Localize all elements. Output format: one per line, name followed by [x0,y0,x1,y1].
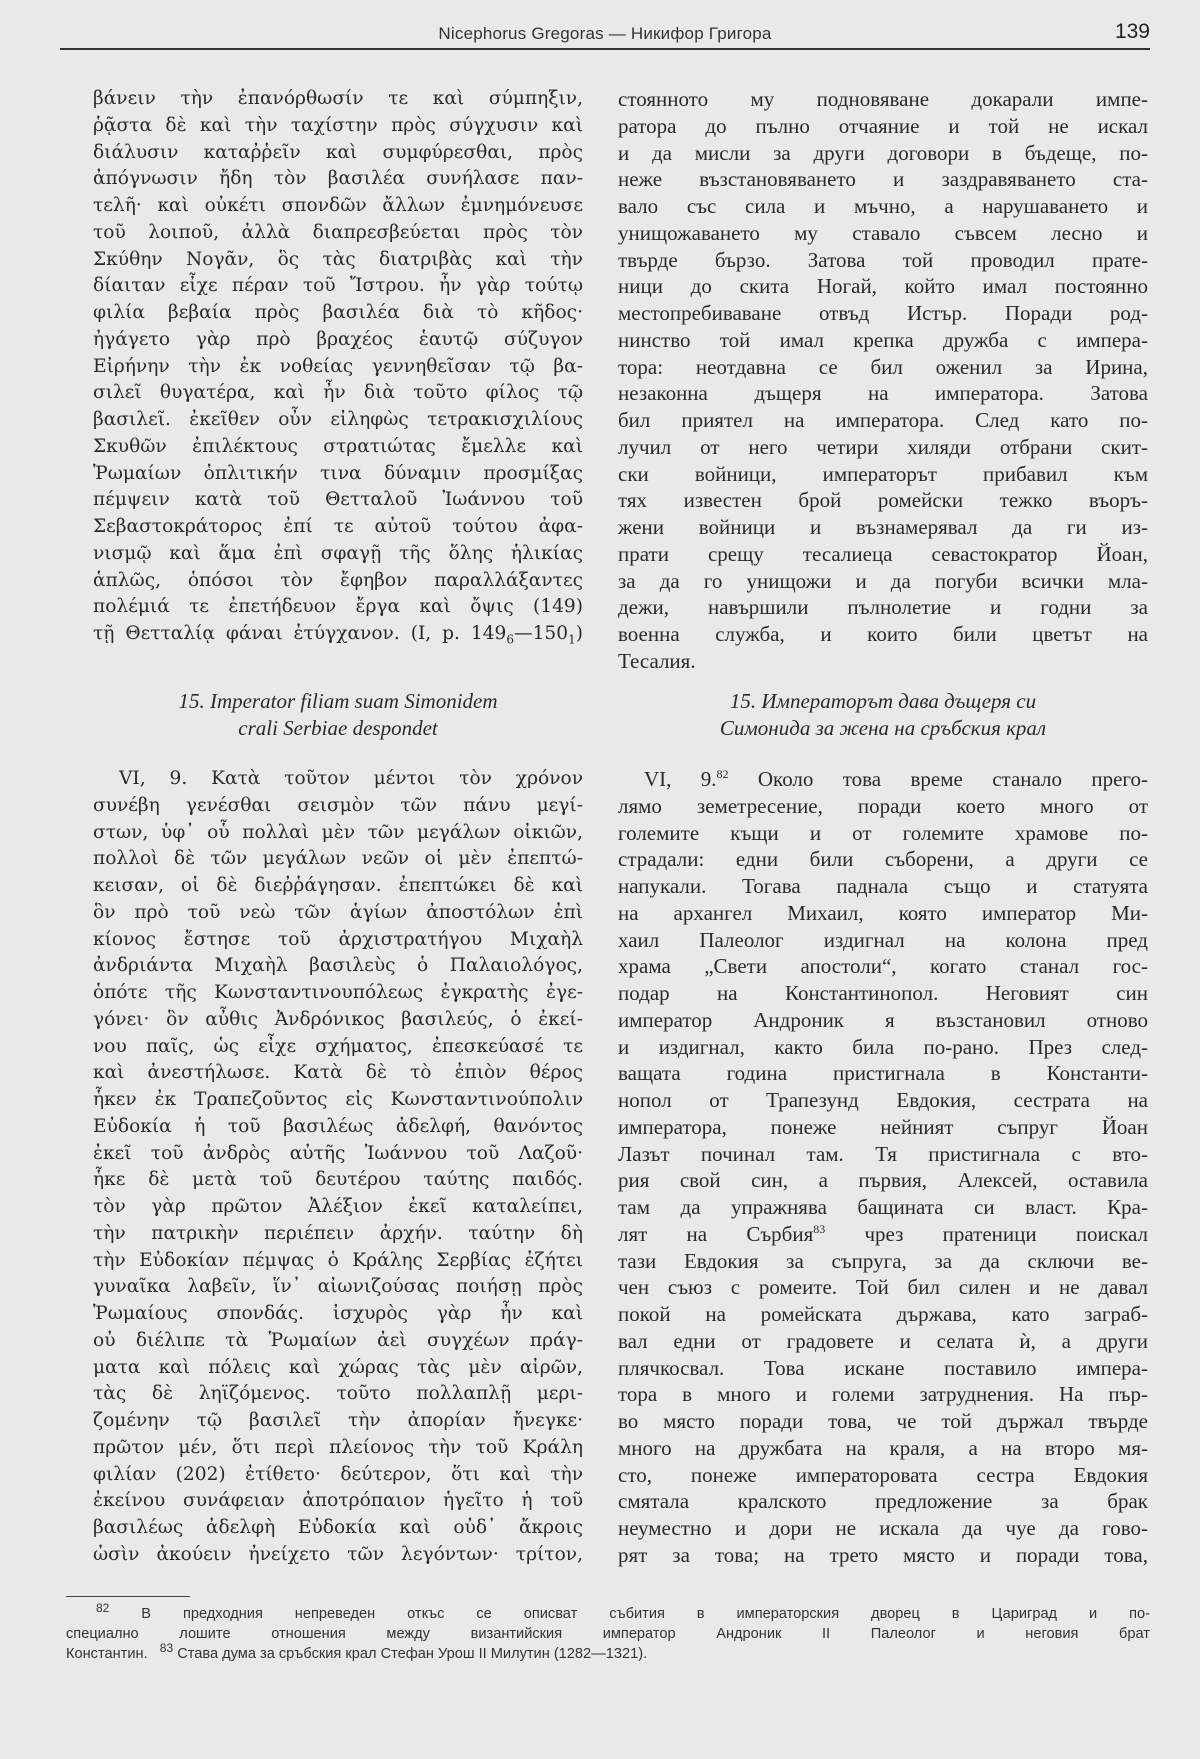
text-line: во място поради това, че той държал твър… [618,1408,1148,1435]
text-line: βάνειν τὴν ἐπανόρθωσίν τε καὶ σύμπηξιν, [93,86,583,113]
text-line: императора, понеже нейният съпруг Йоан [618,1114,1148,1141]
text-line: ζομένην τῷ βασιλεῖ τὴν ἀπορίαν ἤνεγκε· [93,1408,583,1435]
greek-paragraph-1: βάνειν τὴν ἐπανόρθωσίν τε καὶ σύμπηξιν,ῥ… [93,86,583,648]
text-line: ῥᾷστα δὲ καὶ τὴν ταχίστην πρὸς σύγχυσιν … [93,113,583,140]
text-line: βασιλέως ἀδελφὴ Εὐδοκία καὶ οὐδ᾽ ἄκροις [93,1515,583,1542]
greek-section-15: 15. Imperator filiam suam Simonidem cral… [93,688,583,1569]
text-line: твърде бързо. Затова той проводил прате- [618,247,1148,274]
text-line: император Андроник я възстановил отново [618,1007,1148,1034]
text-line: ἐκείνου συνάφειαν ἀποτρόπαιον ἡγεῖτο ἡ τ… [93,1488,583,1515]
text-line: лят на Сърбия83 чрез пратеници поискал [618,1221,1148,1248]
text-line: незаконна дъщеря на императора. Затова [618,380,1148,407]
text-line: чен съюз с ромеите. Той бил силен и не д… [618,1274,1148,1301]
page-number: 139 [1115,20,1150,44]
text-line: ἐκεῖ τοῦ ἀνδρὸς αὐτῆς Ἰωάννου τοῦ Λαζοῦ· [93,1141,583,1168]
text-line: ἠγάγετο γὰρ πρὸ βραχέος ἑαυτῷ σύζυγον [93,327,583,354]
text-line: ὠσὶν ἀκούειν ἠνείχετο τῶν λεγόντων· τρίτ… [93,1542,583,1569]
text-line: там да упражнява бащината си власт. Кра- [618,1194,1148,1221]
citation-subscript: 1 [568,633,576,647]
text-line: ски войници, императорът прибавил към [618,461,1148,488]
text-line: на архангел Михаил, която император Ми- [618,900,1148,927]
text-line: κεισαν, οἱ δὲ διεῤῥάγησαν. ἐπεπτώκει δὲ … [93,873,583,900]
book-page: Nicephorus Gregoras — Никифор Григора 13… [0,0,1200,1759]
text-line: нопол от Трапезунд Евдокия, сестрата на [618,1087,1148,1114]
text-line: διάλυσιν καταῤῥεῖν καὶ συμφύρεσθαι, πρὸς [93,140,583,167]
text-line: οὐ διέλιπε τὰ Ῥωμαίων ἀεὶ συγχέων πράγ- [93,1328,583,1355]
text-line: Ῥωμαίους σπονδάς. ἰσχυρὸς γὰρ ἦν καὶ [93,1301,583,1328]
text-line: τὸν γὰρ πρῶτον Ἀλέξιον ἐκεῖ καταλείπει, [93,1194,583,1221]
citation-text: ) [576,623,583,644]
line-text: чрез пратеници поискал [825,1222,1148,1246]
footnotes: 82 В предходния непреведен откъс се опис… [66,1604,1150,1664]
text-line: VI, 9.82 Около това време станало прего- [618,766,1148,793]
text-line: ματα καὶ πόλεις καὶ χώρας τὰς μὲν αἱρῶν, [93,1355,583,1382]
text-line: Σκύθην Νογᾶν, ὃς τὰς διατριβὰς καὶ τὴν [93,247,583,274]
text-line: Σεβαστοκράτορος ἐπί τε αὐτοῦ τούτου ἀφα- [93,514,583,541]
text-line: дежи, навършили пълнолетие и годни за [618,594,1148,621]
text-line: унищожаването му ставало съвсем лесно и [618,220,1148,247]
text-line: Лазът починал там. Тя пристигнала с вто- [618,1141,1148,1168]
text-line: неже възстановяването и заздравяването с… [618,166,1148,193]
footnote-ref-82: 82 [717,767,729,781]
footnote-83-marker: 83 [160,1641,173,1655]
text-line: πρῶτον μέν, ὅτι περὶ πλείονος τὴν τοῦ Κρ… [93,1435,583,1462]
footnote-82-marker: 82 [96,1601,109,1615]
text-line: нинство той имал крепка дружба с импера- [618,327,1148,354]
text-line: ници до скита Ногай, който имал постоянн… [618,273,1148,300]
text-line: лучил от него четири хиляди отбрани скит… [618,434,1148,461]
text-line: страдали: едни били съборени, а други се [618,846,1148,873]
text-line: ἀνδριάντα Μιχαὴλ βασιλεὺς ὁ Παλαιολόγος, [93,953,583,980]
text-line: неуместно и дори не искала да чуе да гов… [618,1515,1148,1542]
text-line: καὶ ἀνεστήλωσε. Κατὰ δὲ τὸ ἐπιὸν θέρος [93,1060,583,1087]
text-line: τὴν πατρικὴν περιέπειν ἀρχήν. ταύτην δὴ [93,1221,583,1248]
text-line: хаил Палеолог издигнал на колона пред [618,927,1148,954]
footnote-ref-83: 83 [813,1222,825,1236]
text-line: πέμψειν κατὰ τοῦ Θετταλοῦ Ἰωάννου τοῦ [93,487,583,514]
text-line: νου παῖς, ὡς εἶχε σχήματος, ἐπεσκεύασέ τ… [93,1034,583,1061]
text-line: πολλοὶ δὲ τῶν μεγάλων νεῶν οἱ μὲν ἐπεπτώ… [93,846,583,873]
text-line: местопребиваване отвъд Истър. Поради род… [618,300,1148,327]
text-line: тази Евдокия за съпруга, за да сключи ве… [618,1248,1148,1275]
text-line: и да мисли за други договори в бъдеще, п… [618,140,1148,167]
text-line: за да го унищожи и да погуби всички мла- [618,568,1148,595]
text-line: τὴν Εὐδοκίαν πέμψας ὁ Κράλης Σερβίας ἐζή… [93,1248,583,1275]
line-text: лят на Сърбия [618,1222,813,1246]
text-line: ратора до пълно отчаяние и той не искал [618,113,1148,140]
text-line: подар на Константинопол. Неговият син [618,980,1148,1007]
text-line: τοῦ λοιποῦ, ἀλλὰ διαπρεσβεύεται πρὸς τὸν [93,220,583,247]
bulgarian-section-15: 15. Императорът дава дъщеря си Симонида … [618,688,1148,1569]
text-line: лямо земетресение, поради което много от [618,793,1148,820]
text-line: покой на ромейската държава, като заграб… [618,1301,1148,1328]
bulgarian-paragraph-2: VI, 9.82 Около това време станало прего-… [618,766,1148,1569]
footnote-82-line-2: специално лошите отношения между византи… [66,1624,1150,1644]
text-line: γυναῖκα λαβεῖν, ἵν᾽ αἰωνιζούσας ποιήσῃ π… [93,1274,583,1301]
text-line: τῇ Θετταλίᾳ φάναι ἐτύγχανον. (I, p. 1496… [93,621,583,648]
text-line: VI, 9. Κατὰ τοῦτον μέντοι τὸν χρόνον [93,766,583,793]
text-line: νισμῷ καὶ ἅμα ἐπὶ σφαγῇ τῆς ὅλης ἡλικίας [93,541,583,568]
text-line: големите къщи и от големите храмове по- [618,820,1148,847]
footnote-82-line-1: 82 В предходния непреведен откъс се опис… [66,1604,1150,1624]
text-line: κίονος ἔστησε τοῦ ἀρχιστρατήγου Μιχαὴλ [93,927,583,954]
text-line: напукали. Тогава паднала също и статуята [618,873,1148,900]
text-line: βασιλεῖ. ἐκεῖθεν οὖν εἰληφὼς τετρακισχιλ… [93,407,583,434]
text-line: вало със сила и мъчно, а нарушаването и [618,193,1148,220]
text-line: тях известен брой ромейски тежко въоръ- [618,487,1148,514]
greek-paragraph-2: VI, 9. Κατὰ τοῦτον μέντοι τὸν χρόνονσυνέ… [93,766,583,1569]
greek-text-column: βάνειν τὴν ἐπανόρθωσίν τε καὶ σύμπηξιν,ῥ… [93,86,583,648]
text-line: вал едни от градовете и селата ѝ, а друг… [618,1328,1148,1355]
text-line: πολέμιά τε ἐπετήδευον ἔργα καὶ ὄψις (149… [93,594,583,621]
chapter-ref: VI, 9. [644,767,717,791]
text-line: ὃν πρὸ τοῦ νεὼ τῶν ἁγίων ἀποστόλων ἐπὶ [93,900,583,927]
text-line: жени войници и възнамерявал да ги из- [618,514,1148,541]
latin-section-heading: 15. Imperator filiam suam Simonidem cral… [93,688,583,742]
text-line: тора в много и големи затруднения. На пъ… [618,1381,1148,1408]
text-line: сто, понеже императоровата сестра Евдоки… [618,1462,1148,1489]
text-line: смятала кралското предложение за брак [618,1488,1148,1515]
text-line: στων, ὑφ᾽ οὗ πολλαὶ μὲν τῶν μεγάλων οἰκι… [93,820,583,847]
text-line: тора: неотдавна се бил оженил за Ирина, [618,354,1148,381]
text-line: много на дружбата на краля, а на второ м… [618,1435,1148,1462]
text-line: δίαιταν εἶχε πέραν τοῦ Ἴστρου. ἦν γὰρ το… [93,273,583,300]
text-line: ὁπότε τῆς Κωνσταντινουπόλεως ἐγκρατὴς ἐγ… [93,980,583,1007]
text-line: и издигнал, както била по-рано. През сле… [618,1034,1148,1061]
text-line: храма „Свети апостоли“, когато станал го… [618,953,1148,980]
line-text: Около това време станало прего- [729,767,1148,791]
text-line: ἀπόγνωσιν ἤδη τὸν βασιλέα συνήλασε παν- [93,166,583,193]
footnote-divider [66,1596,190,1597]
running-title: Nicephorus Gregoras — Никифор Григора [60,24,1150,44]
bulgarian-paragraph-1: стоянното му подновяване докарали импе-р… [618,86,1148,675]
text-line: συνέβη γενέσθαι σεισμὸν τῶν πάνυ μεγί- [93,793,583,820]
footnote-82-83-line: Константин. 83 Става дума за сръбския кр… [66,1644,1150,1664]
text-line: Тесалия. [618,648,1148,675]
text-line: φιλία βεβαία πρὸς βασιλέα διὰ τὸ κῆδος· [93,300,583,327]
text-line: военна служба, и които били цветът на [618,621,1148,648]
text-line: Σκυθῶν ἐπιλέκτους στρατιώτας ἔμελλε καὶ [93,434,583,461]
text-line: бил приятел на императора. След като по- [618,407,1148,434]
text-line: прати срещу тесалиеца севастократор Йоан… [618,541,1148,568]
line-text: τῇ Θετταλίᾳ φάναι ἐτύγχανον. (I, p. 149 [93,623,506,644]
text-line: γόνει· ὃν αὖθις Ἀνδρόνικος βασιλεύς, ὁ ἐ… [93,1007,583,1034]
running-head: Nicephorus Gregoras — Никифор Григора 13… [60,18,1150,50]
text-line: τελῆ· καὶ οὐκέτι σπονδῶν ἄλλων ἐμνημόνευ… [93,193,583,220]
text-line: Εὐδοκία ἡ τοῦ βασιλέως ἀδελφή, θανόντος [93,1114,583,1141]
text-line: стоянното му подновяване докарали импе- [618,86,1148,113]
text-line: Ῥωμαίων ὁπλιτικήν τινα δύναμιν προσμίξας [93,461,583,488]
text-line: плячкосвал. Това искане поставило импера… [618,1355,1148,1382]
text-line: рят за това; на трето място и поради тов… [618,1542,1148,1569]
text-line: τὰς δὲ ληϊζόμενος. τοῦτο πολλαπλῇ μερι- [93,1381,583,1408]
bulgarian-text-column: стоянното му подновяване докарали импе-р… [618,86,1148,675]
text-line: σιλεῖ θυγατέρα, καὶ ἦν διὰ τοῦτο φίλος τ… [93,380,583,407]
text-line: φιλίαν (202) ἐτίθετο· δεύτερον, ὅτι καὶ … [93,1462,583,1489]
bulgarian-section-heading: 15. Императорът дава дъщеря си Симонида … [618,688,1148,742]
text-line: ващата година пристигнала в Константи- [618,1060,1148,1087]
citation-text: —150 [514,623,568,644]
text-line: Εἰρήνην τὴν ἐκ νοθείας γεννηθεῖσαν τῷ βα… [93,354,583,381]
text-line: ἧκεν ἐκ Τραπεζοῦντος εἰς Κωνσταντινούπολ… [93,1087,583,1114]
text-line: рия свой син, а първия, Алексей, оставил… [618,1167,1148,1194]
text-line: ἧκε δὲ μετὰ τοῦ δευτέρου ταύτης παιδός. [93,1167,583,1194]
citation-subscript: 6 [506,633,514,647]
text-line: ἁπλῶς, ὁπόσοι τὸν ἔφηβον παραλλάξαντες [93,568,583,595]
